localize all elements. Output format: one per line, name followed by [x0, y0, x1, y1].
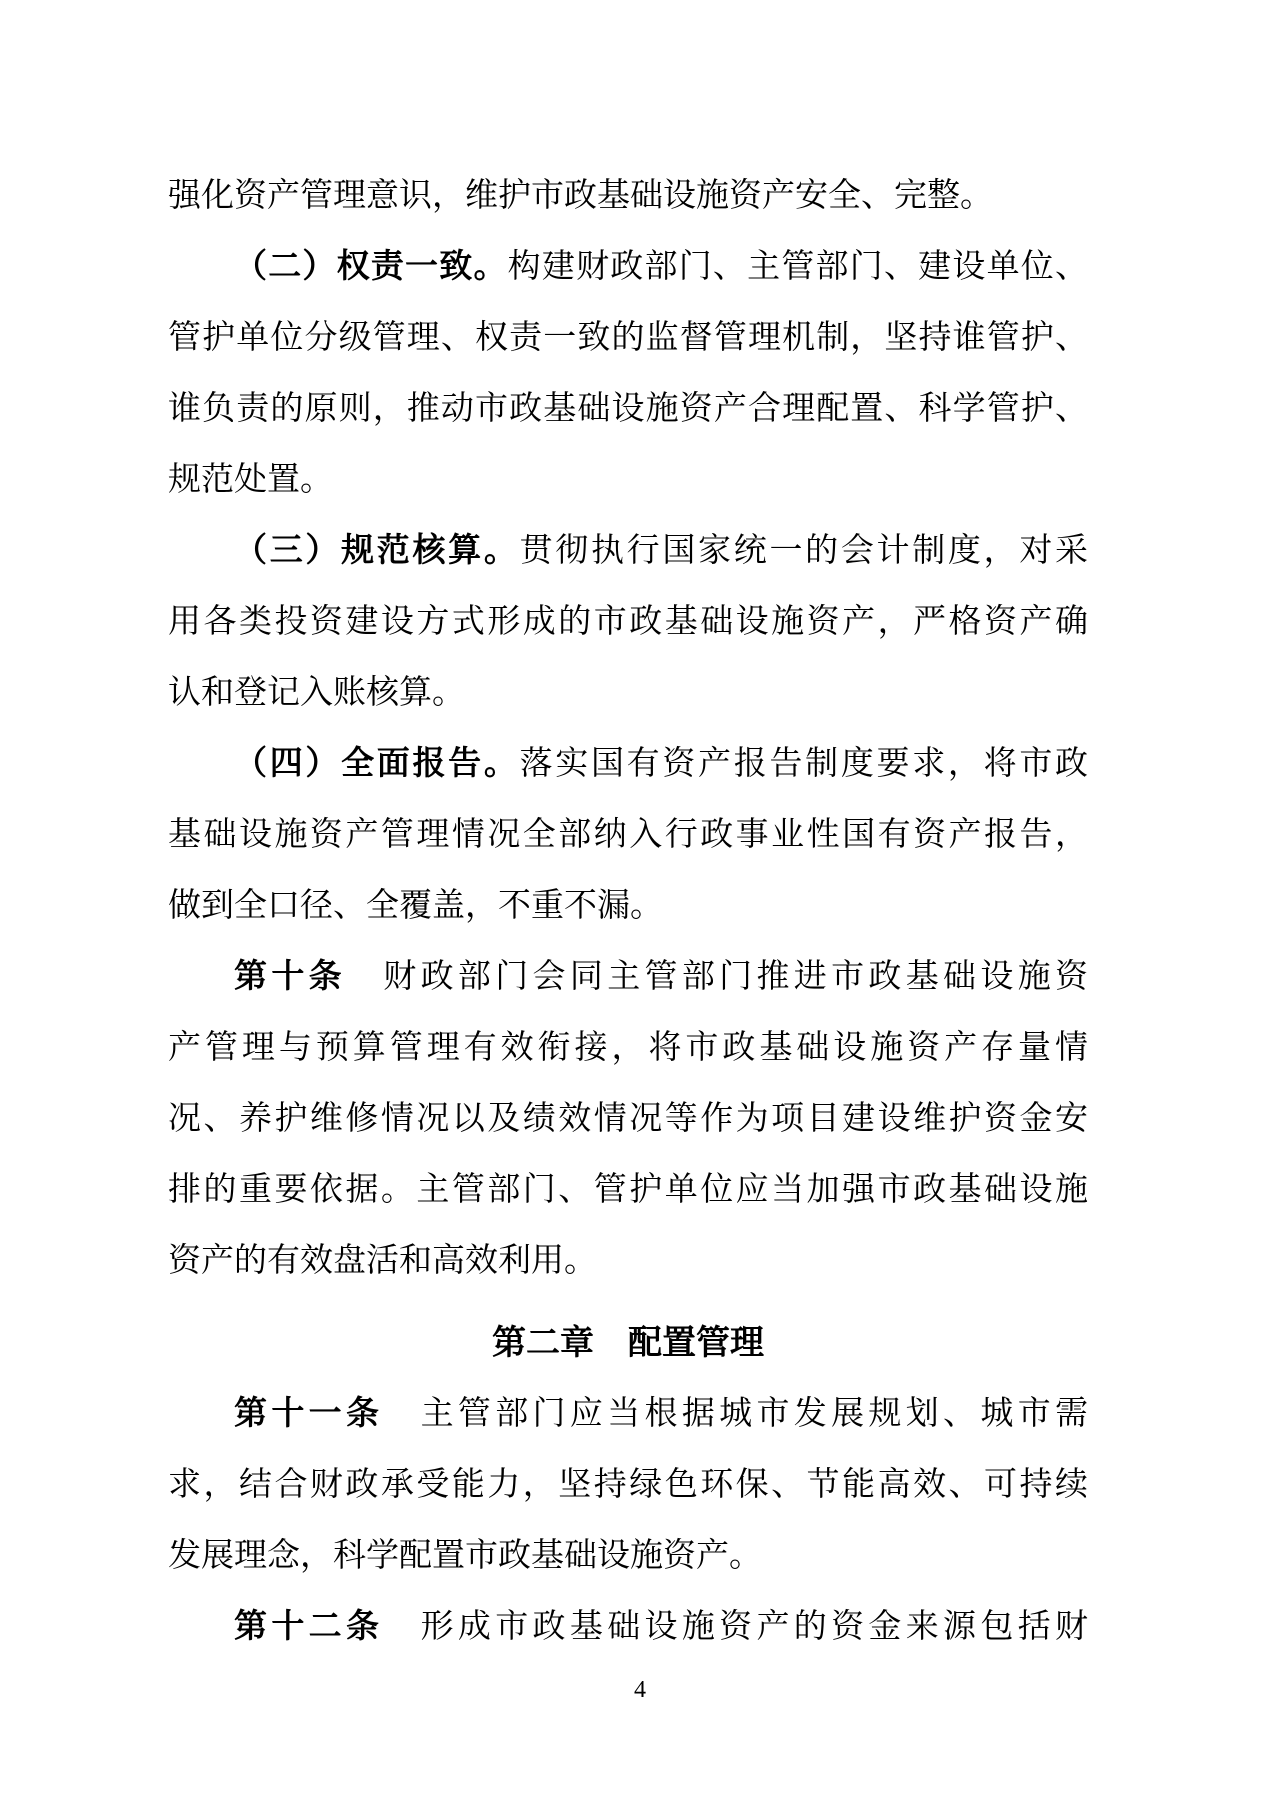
line-text: 规范处置。	[168, 462, 333, 498]
line-text: 认和登记入账核算。	[168, 675, 465, 711]
bold-lead: 第十一条	[234, 1394, 383, 1431]
bold-lead: （三）规范核算。	[234, 531, 520, 568]
line-text: 贯彻执行国家统一的会计制度，对采	[520, 533, 1088, 569]
bold-lead: 第十二条	[234, 1607, 383, 1644]
text-line: 求，结合财政承受能力，坚持绿色环保、节能高效、可持续	[168, 1449, 1088, 1520]
line-text: 构建财政部门、主管部门、建设单位、	[508, 249, 1088, 285]
bold-lead: 第十条	[234, 957, 346, 994]
text-line: 排的重要依据。主管部门、管护单位应当加强市政基础设施	[168, 1154, 1088, 1225]
line-text: 资产的有效盘活和高效利用。	[168, 1243, 597, 1279]
line-text: 落实国有资产报告制度要求，将市政	[520, 746, 1088, 782]
line-text: 况、养护维修情况以及绩效情况等作为项目建设维护资金安	[168, 1101, 1088, 1137]
page-number: 4	[634, 1677, 646, 1703]
text-line: 第十一条 主管部门应当根据城市发展规划、城市需	[168, 1378, 1088, 1449]
chapter-heading: 第二章 配置管理	[168, 1308, 1088, 1378]
text-line: 资产的有效盘活和高效利用。	[168, 1225, 1088, 1296]
line-text: 强化资产管理意识，维护市政基础设施资产安全、完整。	[168, 178, 993, 214]
line-text: 用各类投资建设方式形成的市政基础设施资产，严格资产确	[168, 604, 1088, 640]
text-line: 发展理念，科学配置市政基础设施资产。	[168, 1520, 1088, 1591]
bold-lead: （二）权责一致。	[234, 247, 508, 284]
text-line: 况、养护维修情况以及绩效情况等作为项目建设维护资金安	[168, 1083, 1088, 1154]
text-line: 第十二条 形成市政基础设施资产的资金来源包括财	[168, 1591, 1088, 1662]
line-text: 谁负责的原则，推动市政基础设施资产合理配置、科学管护、	[168, 391, 1088, 427]
line-text: 主管部门应当根据城市发展规划、城市需	[383, 1396, 1088, 1432]
text-line: 管护单位分级管理、权责一致的监督管理机制，坚持谁管护、	[168, 302, 1088, 373]
line-text: 产管理与预算管理有效衔接，将市政基础设施资产存量情	[168, 1030, 1088, 1066]
line-text: 做到全口径、全覆盖，不重不漏。	[168, 888, 663, 924]
page-footer: 4	[0, 1676, 1280, 1704]
text-line: 第十条 财政部门会同主管部门推进市政基础设施资	[168, 941, 1088, 1012]
text-line: 基础设施资产管理情况全部纳入行政事业性国有资产报告，	[168, 799, 1088, 870]
line-text: 管护单位分级管理、权责一致的监督管理机制，坚持谁管护、	[168, 320, 1088, 356]
text-line: 产管理与预算管理有效衔接，将市政基础设施资产存量情	[168, 1012, 1088, 1083]
text-line: 强化资产管理意识，维护市政基础设施资产安全、完整。	[168, 160, 1088, 231]
line-text: 发展理念，科学配置市政基础设施资产。	[168, 1538, 762, 1574]
line-text: 排的重要依据。主管部门、管护单位应当加强市政基础设施	[168, 1172, 1088, 1208]
text-line: 谁负责的原则，推动市政基础设施资产合理配置、科学管护、	[168, 373, 1088, 444]
text-line: （二）权责一致。构建财政部门、主管部门、建设单位、	[168, 231, 1088, 302]
text-line: 规范处置。	[168, 444, 1088, 515]
text-line: 做到全口径、全覆盖，不重不漏。	[168, 870, 1088, 941]
text-line: 认和登记入账核算。	[168, 657, 1088, 728]
line-text: 财政部门会同主管部门推进市政基础设施资	[346, 959, 1088, 995]
document-page: 强化资产管理意识，维护市政基础设施资产安全、完整。 （二）权责一致。构建财政部门…	[0, 0, 1280, 1811]
line-text: 求，结合财政承受能力，坚持绿色环保、节能高效、可持续	[168, 1467, 1088, 1503]
text-line: 用各类投资建设方式形成的市政基础设施资产，严格资产确	[168, 586, 1088, 657]
line-text: 形成市政基础设施资产的资金来源包括财	[383, 1609, 1088, 1645]
line-text: 基础设施资产管理情况全部纳入行政事业性国有资产报告，	[168, 817, 1088, 853]
text-block: 强化资产管理意识，维护市政基础设施资产安全、完整。 （二）权责一致。构建财政部门…	[168, 160, 1088, 1662]
bold-lead: （四）全面报告。	[234, 744, 520, 781]
text-line: （四）全面报告。落实国有资产报告制度要求，将市政	[168, 728, 1088, 799]
text-line: （三）规范核算。贯彻执行国家统一的会计制度，对采	[168, 515, 1088, 586]
